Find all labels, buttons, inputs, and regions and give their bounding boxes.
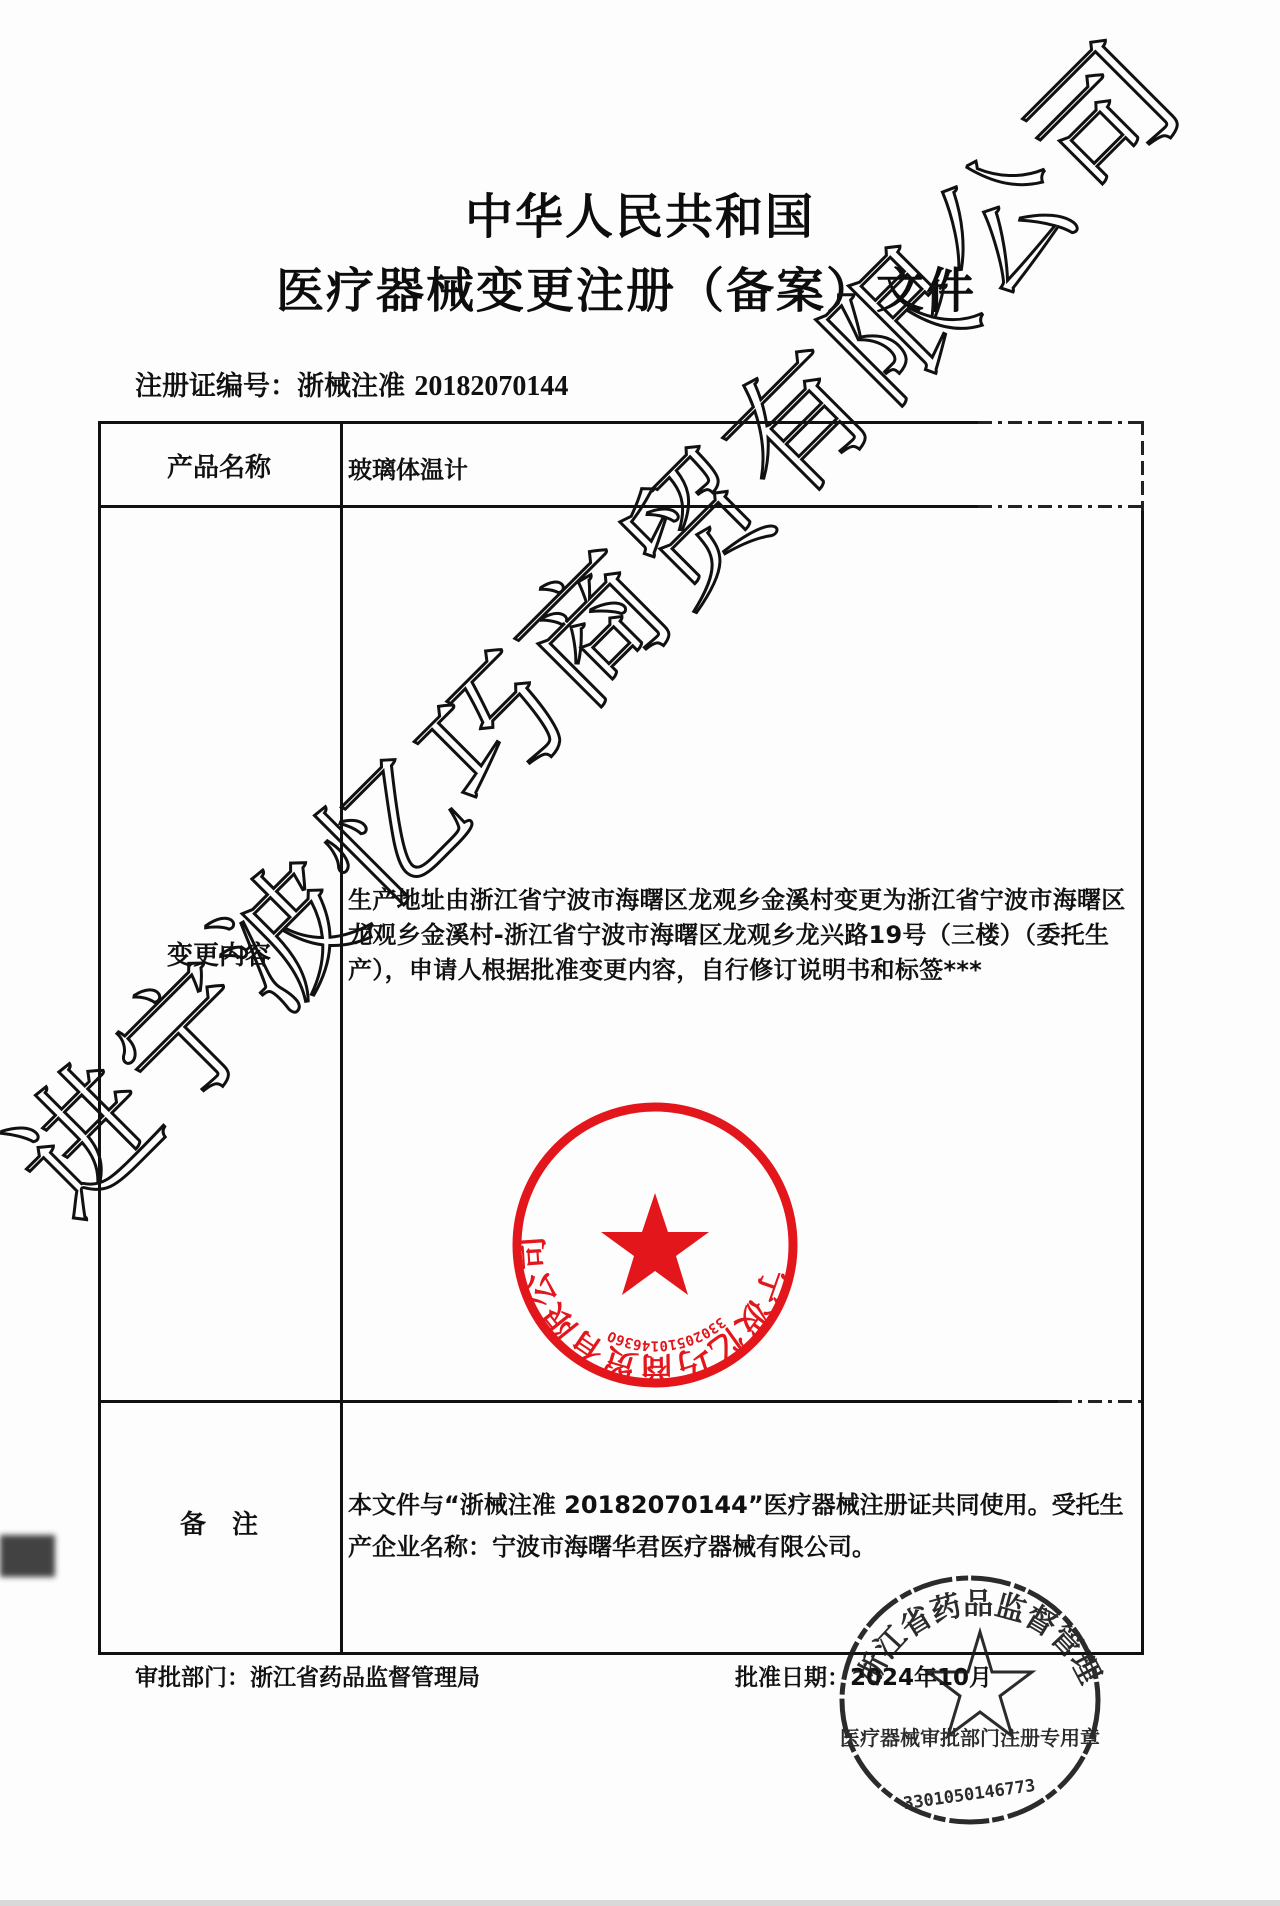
document-title: 医疗器械变更注册（备案）文件 bbox=[0, 252, 1266, 321]
row-divider-dashed bbox=[978, 505, 1143, 508]
table-border-top-dashed bbox=[978, 421, 1143, 424]
registration-number-line: 注册证编号：浙械注准 20182070144 bbox=[135, 364, 568, 403]
value-product-name: 玻璃体温计 bbox=[348, 450, 468, 485]
scan-smudge bbox=[0, 1535, 55, 1577]
value-remarks: 本文件与“浙械注准 20182070144”医疗器械注册证共同使用。受托生产企业… bbox=[348, 1484, 1138, 1568]
row-divider bbox=[98, 1400, 1058, 1403]
table-border-top bbox=[98, 421, 978, 424]
table-border-right-dashed bbox=[1141, 421, 1144, 511]
registration-prefix: 浙械注准 bbox=[297, 371, 405, 402]
company-seal-icon: 宁波忆巧商贸有限公司 3302051014636O bbox=[505, 1095, 805, 1395]
authority-seal-icon: 浙江省药品监督管理局 医疗器械审批部门注册专用章 3301050146773 bbox=[830, 1560, 1120, 1840]
svg-text:3301050146773: 3301050146773 bbox=[902, 1776, 1037, 1814]
label-change-content: 变更内容 bbox=[98, 935, 340, 972]
table-border-left bbox=[98, 421, 101, 1655]
table-border-right bbox=[1141, 511, 1144, 1655]
approval-department-label: 审批部门： bbox=[135, 1665, 250, 1691]
registration-label: 注册证编号： bbox=[135, 371, 297, 402]
label-product-name: 产品名称 bbox=[98, 447, 340, 484]
label-remarks: 备 注 bbox=[98, 1504, 340, 1541]
column-divider bbox=[340, 421, 343, 1655]
row-divider bbox=[98, 505, 978, 508]
registration-number: 20182070144 bbox=[414, 371, 568, 402]
svg-text:医疗器械审批部门注册专用章: 医疗器械审批部门注册专用章 bbox=[840, 1726, 1100, 1750]
approval-department-value: 浙江省药品监督管理局 bbox=[250, 1665, 480, 1691]
change-registration-table: 产品名称 玻璃体温计 变更内容 生产地址由浙江省宁波市海曙区龙观乡金溪村变更为浙… bbox=[98, 421, 1143, 1655]
scan-edge bbox=[0, 1900, 1280, 1906]
row-divider-dashed bbox=[1058, 1400, 1143, 1403]
approval-department: 审批部门：浙江省药品监督管理局 bbox=[135, 1659, 480, 1692]
document-title-country: 中华人民共和国 bbox=[0, 178, 1280, 247]
value-change-content: 生产地址由浙江省宁波市海曙区龙观乡金溪村变更为浙江省宁波市海曙区龙观乡金溪村-浙… bbox=[348, 883, 1138, 988]
